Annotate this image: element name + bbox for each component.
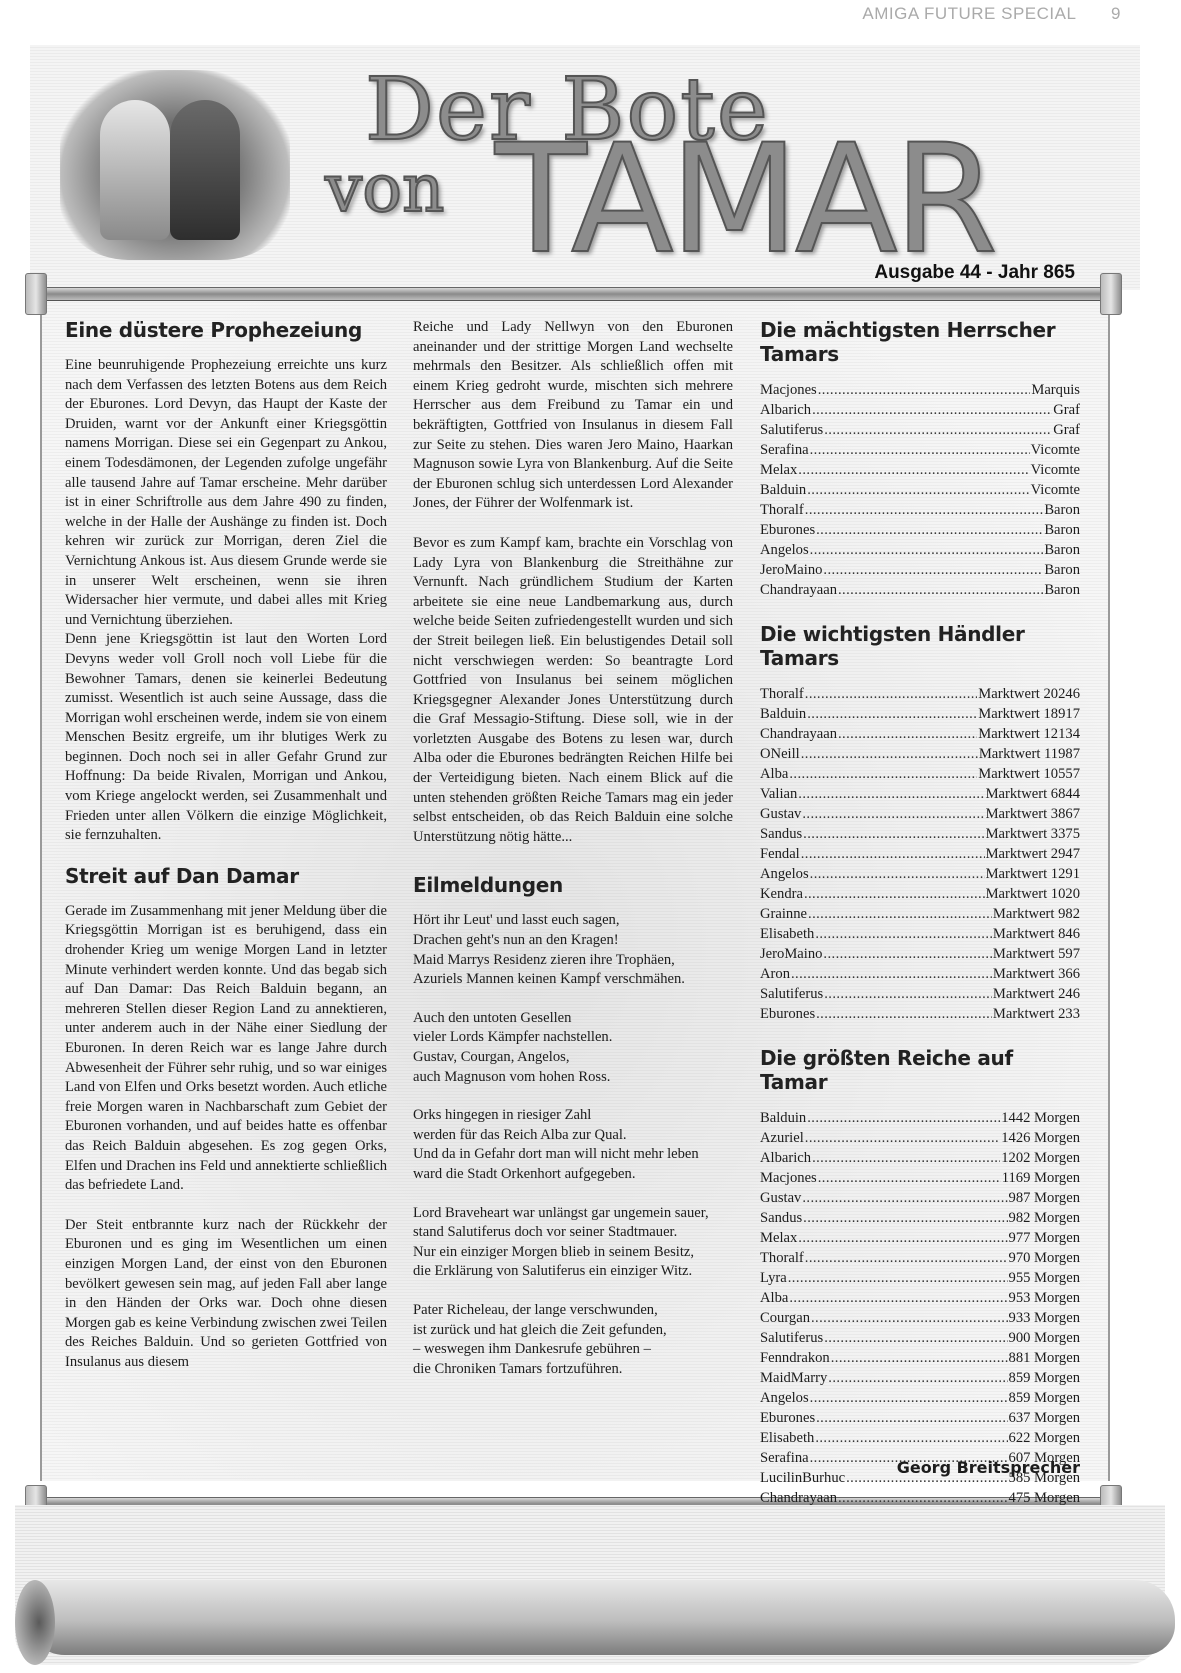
list-item-value: Marktwert 366 (993, 964, 1080, 984)
list-item: Lyra955 Morgen (760, 1268, 1080, 1288)
list-item-value: 475 Morgen (1009, 1488, 1080, 1508)
list-item: Angelos859 Morgen (760, 1388, 1080, 1408)
list-item: FendalMarktwert 2947 (760, 844, 1080, 864)
list-item-value: 900 Morgen (1009, 1328, 1080, 1348)
list-item-value: Baron (1044, 520, 1080, 540)
list-item-name: Kendra (760, 884, 803, 904)
list-item: AngelosBaron (760, 540, 1080, 560)
list-item-value: 622 Morgen (1009, 1428, 1080, 1448)
dot-leader (798, 1228, 1007, 1248)
list-item-name: Elisabeth (760, 924, 814, 944)
list-item-value: 1169 Morgen (1002, 1168, 1080, 1188)
list-item: MaidMarry859 Morgen (760, 1368, 1080, 1388)
dot-leader (824, 984, 992, 1004)
list-item-name: Macjones (760, 1168, 817, 1188)
issue-label: Ausgabe 44 - Jahr 865 (874, 262, 1075, 284)
list-item-value: Baron (1044, 580, 1080, 600)
article-heading-dan-damar: Streit auf Dan Damar (65, 864, 387, 888)
list-item-name: Eburones (760, 1408, 815, 1428)
list-item: Chandrayaan475 Morgen (760, 1488, 1080, 1508)
list-item-name: Aron (760, 964, 790, 984)
dot-leader (802, 1188, 1007, 1208)
list-item-name: Eburones (760, 520, 815, 540)
poem-stanza: Auch den untoten Gesellen vieler Lords K… (413, 1009, 733, 1087)
list-item: Fenndrakon881 Morgen (760, 1348, 1080, 1368)
list-item-value: 977 Morgen (1009, 1228, 1080, 1248)
list-item: EburonesBaron (760, 520, 1080, 540)
dot-leader (810, 440, 1030, 460)
list-item: ChandrayaanBaron (760, 580, 1080, 600)
list-item-name: Albarich (760, 1148, 811, 1168)
dot-leader (807, 1108, 1000, 1128)
poem-line: Lord Braveheart war unlängst gar ungemei… (413, 1204, 733, 1224)
list-item-value: Marquis (1031, 380, 1080, 400)
list-item-value: Marktwert 6844 (986, 784, 1080, 804)
masthead: Der Bote von TAMAR Ausgabe 44 - Jahr 865 (20, 40, 1140, 290)
list-item-value: 859 Morgen (1009, 1388, 1080, 1408)
dot-leader (802, 804, 984, 824)
list-item-value: Marktwert 246 (993, 984, 1080, 1004)
poem-line: die Erklärung von Salutiferus ein einzig… (413, 1262, 733, 1282)
dot-leader (811, 1308, 1008, 1328)
list-item: SerafinaVicomte (760, 440, 1080, 460)
poem-stanza: Hört ihr Leut' und lasst euch sagen, Dra… (413, 911, 733, 989)
list-item-value: Marktwert 3867 (986, 804, 1080, 824)
rulers-heading: Die mächtigsten Herrscher Tamars (760, 318, 1080, 366)
dot-leader (831, 1348, 1008, 1368)
dot-leader (810, 864, 985, 884)
list-item: Gustav987 Morgen (760, 1188, 1080, 1208)
column-1: Eine düstere Prophezeiung Eine beunruhig… (65, 318, 387, 1373)
list-item-name: Angelos (760, 864, 809, 884)
scroll-curl-end (15, 1580, 55, 1665)
list-item-name: Alba (760, 764, 788, 784)
article-paragraph: Bevor es zum Kampf kam, brachte ein Vors… (413, 534, 733, 848)
list-item-name: Sandus (760, 824, 802, 844)
list-item-name: Gustav (760, 804, 801, 824)
list-item-value: Marktwert 982 (993, 904, 1080, 924)
list-item: Alba953 Morgen (760, 1288, 1080, 1308)
poem: Hört ihr Leut' und lasst euch sagen, Dra… (413, 911, 733, 1379)
traders-list: ThoralfMarktwert 20246BalduinMarktwert 1… (760, 684, 1080, 1024)
list-item-value: Vicomte (1031, 460, 1080, 480)
list-item-value: Graf (1053, 420, 1080, 440)
list-item-value: Marktwert 846 (993, 924, 1080, 944)
article-heading-prophecy: Eine düstere Prophezeiung (65, 318, 387, 342)
list-item-value: Marktwert 3375 (986, 824, 1080, 844)
list-item-name: JeroMaino (760, 944, 822, 964)
dot-leader (801, 844, 985, 864)
list-item-value: 933 Morgen (1009, 1308, 1080, 1328)
list-item: Balduin1442 Morgen (760, 1108, 1080, 1128)
list-item: EburonesMarktwert 233 (760, 1004, 1080, 1024)
list-item: Melax977 Morgen (760, 1228, 1080, 1248)
list-item-name: Azuriel (760, 1128, 804, 1148)
dot-leader (798, 460, 1029, 480)
list-item-name: Chandrayaan (760, 724, 837, 744)
list-item-value: Baron (1044, 560, 1080, 580)
publication-name: AMIGA FUTURE SPECIAL (862, 4, 1075, 23)
column-2: Reiche und Lady Nellwyn von den Eburonen… (413, 318, 733, 1398)
list-item-name: Courgan (760, 1308, 810, 1328)
list-item-name: Balduin (760, 1108, 806, 1128)
list-item: SalutiferusGraf (760, 420, 1080, 440)
list-item-name: Salutiferus (760, 1328, 823, 1348)
list-item-name: Sandus (760, 1208, 802, 1228)
rod-cap-top-left (25, 273, 47, 315)
list-item-name: MaidMarry (760, 1368, 827, 1388)
dot-leader (805, 1248, 1008, 1268)
list-item-name: Balduin (760, 704, 806, 724)
realms-heading: Die größten Reiche auf Tamar (760, 1046, 1080, 1094)
dot-leader (803, 824, 984, 844)
author-signature: Georg Breitsprecher (760, 1458, 1080, 1477)
rulers-list: MacjonesMarquisAlbarichGrafSalutiferusGr… (760, 380, 1080, 600)
list-item-name: Thoralf (760, 1248, 804, 1268)
list-item: SalutiferusMarktwert 246 (760, 984, 1080, 1004)
list-item: Courgan933 Morgen (760, 1308, 1080, 1328)
list-item-name: Eburones (760, 1004, 815, 1024)
poem-line: Nur ein einziger Morgen blieb in seinem … (413, 1243, 733, 1263)
poem-line: die Chroniken Tamars fortzuführen. (413, 1360, 733, 1380)
list-item-value: 859 Morgen (1009, 1368, 1080, 1388)
list-item-name: Chandrayaan (760, 1488, 837, 1508)
list-item-value: Vicomte (1031, 440, 1080, 460)
dot-leader (818, 1168, 1001, 1188)
list-item-value: Marktwert 11987 (979, 744, 1080, 764)
list-item: AronMarktwert 366 (760, 964, 1080, 984)
list-item-value: Marktwert 2947 (986, 844, 1080, 864)
list-item-value: 970 Morgen (1009, 1248, 1080, 1268)
poem-stanza: Pater Richeleau, der lange verschwunden,… (413, 1301, 733, 1379)
dot-leader (803, 1208, 1007, 1228)
list-item-name: Salutiferus (760, 420, 823, 440)
scroll-top-rod (30, 287, 1120, 301)
poem-line: Und da in Gefahr dort man will nicht meh… (413, 1145, 733, 1165)
column-3: Die mächtigsten Herrscher Tamars Macjone… (760, 318, 1080, 1530)
dot-leader (812, 400, 1052, 420)
dot-leader (816, 1004, 992, 1024)
list-item-name: Valian (760, 784, 797, 804)
list-item-name: Lyra (760, 1268, 787, 1288)
poem-line: ward die Stadt Orkenhort aufgegeben. (413, 1165, 733, 1185)
dot-leader (815, 924, 992, 944)
list-item-name: Angelos (760, 1388, 809, 1408)
list-item-value: 1442 Morgen (1001, 1108, 1080, 1128)
list-item-name: Melax (760, 1228, 797, 1248)
article-paragraph: Reiche und Lady Nellwyn von den Eburonen… (413, 318, 733, 514)
poem-line: werden für das Reich Alba zur Qual. (413, 1126, 733, 1146)
list-item: Albarich1202 Morgen (760, 1148, 1080, 1168)
dot-leader (808, 904, 992, 924)
dot-leader (823, 560, 1043, 580)
list-item-value: 953 Morgen (1009, 1288, 1080, 1308)
list-item: ThoralfBaron (760, 500, 1080, 520)
list-item: Thoralf970 Morgen (760, 1248, 1080, 1268)
poem-line: Auch den untoten Gesellen (413, 1009, 733, 1029)
list-item-name: Thoralf (760, 500, 804, 520)
list-item: MelaxVicomte (760, 460, 1080, 480)
dot-leader (804, 884, 985, 904)
dot-leader (810, 1388, 1008, 1408)
list-item-name: Thoralf (760, 684, 804, 704)
list-item-value: Vicomte (1031, 480, 1080, 500)
list-item-value: Marktwert 233 (993, 1004, 1080, 1024)
list-item-value: 987 Morgen (1009, 1188, 1080, 1208)
dot-leader (818, 380, 1031, 400)
list-item: MacjonesMarquis (760, 380, 1080, 400)
article-heading-eilmeldungen: Eilmeldungen (413, 873, 733, 897)
dot-leader (810, 540, 1044, 560)
list-item-name: Alba (760, 1288, 788, 1308)
dot-leader (838, 724, 977, 744)
list-item-name: Elisabeth (760, 1428, 814, 1448)
poem-line: – weswegen ihm Dankesrufe gebühren – (413, 1340, 733, 1360)
list-item: AngelosMarktwert 1291 (760, 864, 1080, 884)
dot-leader (816, 1408, 1007, 1428)
list-item-name: Serafina (760, 440, 809, 460)
list-item: AlbarichGraf (760, 400, 1080, 420)
list-item: Sandus982 Morgen (760, 1208, 1080, 1228)
rod-cap-top-right (1100, 273, 1122, 315)
list-item: ThoralfMarktwert 20246 (760, 684, 1080, 704)
list-item-name: ONeill (760, 744, 800, 764)
title-von: von (325, 150, 445, 227)
dot-leader (807, 704, 977, 724)
list-item-value: 955 Morgen (1009, 1268, 1080, 1288)
list-item-value: 982 Morgen (1009, 1208, 1080, 1228)
article-paragraph: Gerade im Zusammenhang mit jener Meldung… (65, 902, 387, 1196)
dot-leader (816, 520, 1043, 540)
list-item-value: Marktwert 1020 (986, 884, 1080, 904)
list-item-value: Marktwert 597 (993, 944, 1080, 964)
title-tamar: TAMAR (495, 125, 994, 275)
list-item-value: Graf (1053, 400, 1080, 420)
list-item-name: Macjones (760, 380, 817, 400)
dot-leader (798, 784, 984, 804)
poem-line: Hört ihr Leut' und lasst euch sagen, (413, 911, 733, 931)
poem-line: Maid Marrys Residenz zieren ihre Trophäe… (413, 951, 733, 971)
list-item: Eburones637 Morgen (760, 1408, 1080, 1428)
list-item-name: Fenndrakon (760, 1348, 830, 1368)
realms-list: Balduin1442 MorgenAzuriel1426 MorgenAlba… (760, 1108, 1080, 1508)
scribe-figure-icon (170, 100, 240, 240)
dot-leader (812, 1148, 1000, 1168)
list-item: GustavMarktwert 3867 (760, 804, 1080, 824)
article-paragraph: Eine beunruhigende Prophezeiung erreicht… (65, 356, 387, 630)
dot-leader (838, 1488, 1008, 1508)
list-item-value: Baron (1044, 540, 1080, 560)
list-item-value: Marktwert 20246 (978, 684, 1080, 704)
dot-leader (789, 764, 977, 784)
list-item: BalduinVicomte (760, 480, 1080, 500)
list-item-name: Balduin (760, 480, 806, 500)
list-item-name: JeroMaino (760, 560, 822, 580)
traders-heading: Die wichtigsten Händler Tamars (760, 622, 1080, 670)
list-item-name: Gustav (760, 1188, 801, 1208)
scroll-curl (25, 1580, 1175, 1655)
list-item-value: 1426 Morgen (1001, 1128, 1080, 1148)
scribes-illustration-icon (60, 70, 290, 260)
dot-leader (805, 1128, 1000, 1148)
dot-leader (788, 1268, 1008, 1288)
list-item: GrainneMarktwert 982 (760, 904, 1080, 924)
list-item: JeroMainoMarktwert 597 (760, 944, 1080, 964)
list-item-name: Melax (760, 460, 797, 480)
dot-leader (815, 1428, 1007, 1448)
list-item-name: Grainne (760, 904, 807, 924)
list-item: JeroMainoBaron (760, 560, 1080, 580)
list-item-name: Chandrayaan (760, 580, 837, 600)
list-item: BalduinMarktwert 18917 (760, 704, 1080, 724)
poem-line: stand Salutiferus doch vor seiner Stadtm… (413, 1223, 733, 1243)
poem-stanza: Lord Braveheart war unlängst gar ungemei… (413, 1204, 733, 1282)
page-number: 9 (1111, 4, 1121, 23)
list-item-value: Marktwert 1291 (986, 864, 1080, 884)
list-item-name: Salutiferus (760, 984, 823, 1004)
list-item-name: Angelos (760, 540, 809, 560)
dot-leader (838, 580, 1043, 600)
dot-leader (805, 500, 1044, 520)
list-item-value: 637 Morgen (1009, 1408, 1080, 1428)
poem-line: Orks hingegen in riesiger Zahl (413, 1106, 733, 1126)
poem-line: Pater Richeleau, der lange verschwunden, (413, 1301, 733, 1321)
dot-leader (824, 1328, 1007, 1348)
list-item-value: Marktwert 12134 (978, 724, 1080, 744)
poem-line: ist zurück und hat gleich die Zeit gefun… (413, 1321, 733, 1341)
poem-line: Gustav, Courgan, Angelos, (413, 1048, 733, 1068)
list-item: ONeillMarktwert 11987 (760, 744, 1080, 764)
dot-leader (807, 480, 1029, 500)
running-head: AMIGA FUTURE SPECIAL 9 (862, 4, 1121, 24)
list-item-value: Marktwert 10557 (978, 764, 1080, 784)
list-item-name: Albarich (760, 400, 811, 420)
list-item-value: Marktwert 18917 (978, 704, 1080, 724)
list-item: KendraMarktwert 1020 (760, 884, 1080, 904)
list-item: Macjones1169 Morgen (760, 1168, 1080, 1188)
list-item: AlbaMarktwert 10557 (760, 764, 1080, 784)
poem-line: Drachen geht's nun an den Kragen! (413, 931, 733, 951)
article-paragraph: Der Steit entbrannte kurz nach der Rückk… (65, 1216, 387, 1373)
dot-leader (824, 420, 1052, 440)
list-item: ValianMarktwert 6844 (760, 784, 1080, 804)
list-item: ElisabethMarktwert 846 (760, 924, 1080, 944)
list-item: Azuriel1426 Morgen (760, 1128, 1080, 1148)
dot-leader (823, 944, 991, 964)
dot-leader (801, 744, 978, 764)
list-item-name: Fendal (760, 844, 800, 864)
dot-leader (789, 1288, 1007, 1308)
poem-line: auch Magnuson vom hohen Ross. (413, 1068, 733, 1088)
list-item: Elisabeth622 Morgen (760, 1428, 1080, 1448)
list-item-value: 881 Morgen (1009, 1348, 1080, 1368)
list-item: ChandrayaanMarktwert 12134 (760, 724, 1080, 744)
list-item: Salutiferus900 Morgen (760, 1328, 1080, 1348)
poem-line: Azuriels Mannen keinen Kampf verschmähen… (413, 970, 733, 990)
list-item-value: 1202 Morgen (1001, 1148, 1080, 1168)
list-item: SandusMarktwert 3375 (760, 824, 1080, 844)
poem-stanza: Orks hingegen in riesiger Zahl werden fü… (413, 1106, 733, 1184)
poem-line: vieler Lords Kämpfer nachstellen. (413, 1028, 733, 1048)
dot-leader (791, 964, 992, 984)
article-paragraph: Denn jene Kriegsgöttin ist laut den Wort… (65, 630, 387, 846)
dot-leader (805, 684, 978, 704)
king-figure-icon (100, 100, 170, 240)
list-item-value: Baron (1044, 500, 1080, 520)
dot-leader (828, 1368, 1007, 1388)
